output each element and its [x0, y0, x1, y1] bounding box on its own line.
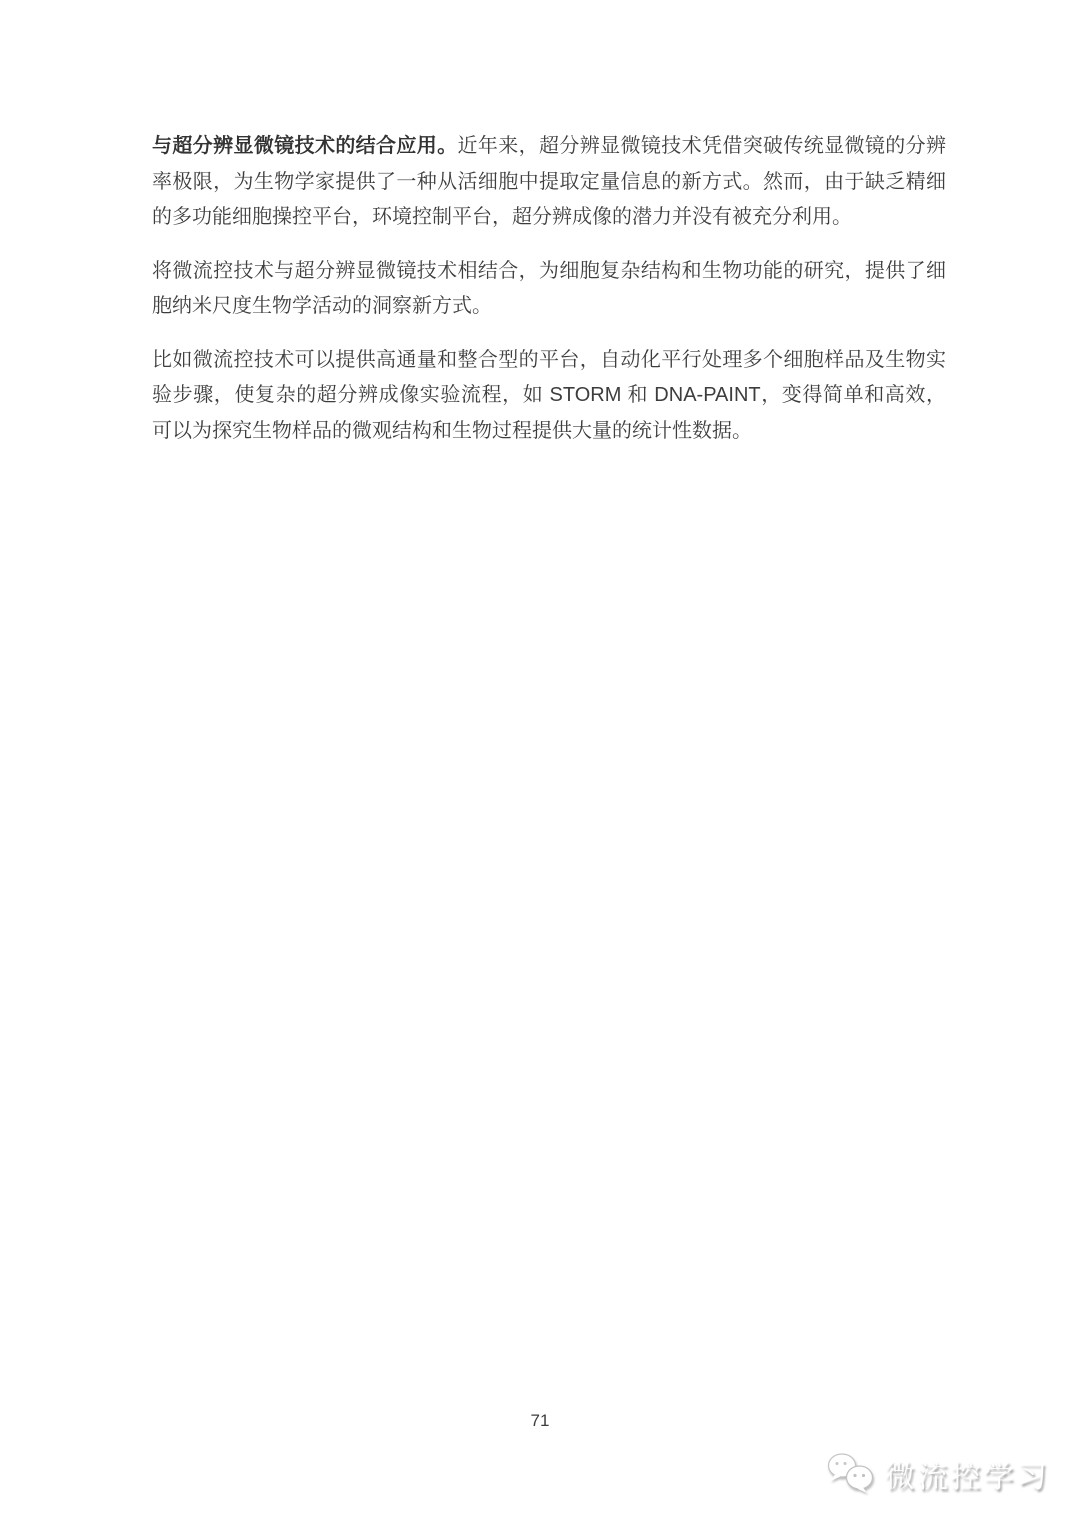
paragraph-text: 比如微流控技术可以提供高通量和整合型的平台，自动化平行处理多个细胞样品及生物实验… — [152, 349, 946, 442]
watermark: 微流控学习 — [826, 1452, 1050, 1496]
paragraph-super-resolution-intro: 与超分辨显微镜技术的结合应用。近年来，超分辨显微镜技术凭借突破传统显微镜的分辨率… — [152, 129, 946, 236]
paragraph-microfluidics-combination: 将微流控技术与超分辨显微镜技术相结合，为细胞复杂结构和生物功能的研究，提供了细胞… — [152, 254, 946, 325]
wechat-icon — [826, 1452, 878, 1496]
paragraph-lead-bold: 与超分辨显微镜技术的结合应用。 — [152, 135, 458, 157]
paragraph-high-throughput-platform: 比如微流控技术可以提供高通量和整合型的平台，自动化平行处理多个细胞样品及生物实验… — [152, 343, 946, 450]
page-number: 71 — [0, 1411, 1080, 1431]
watermark-label: 微流控学习 — [885, 1452, 1050, 1496]
paragraph-text: 将微流控技术与超分辨显微镜技术相结合，为细胞复杂结构和生物功能的研究，提供了细胞… — [152, 260, 946, 318]
article-body: 与超分辨显微镜技术的结合应用。近年来，超分辨显微镜技术凭借突破传统显微镜的分辨率… — [152, 129, 946, 467]
